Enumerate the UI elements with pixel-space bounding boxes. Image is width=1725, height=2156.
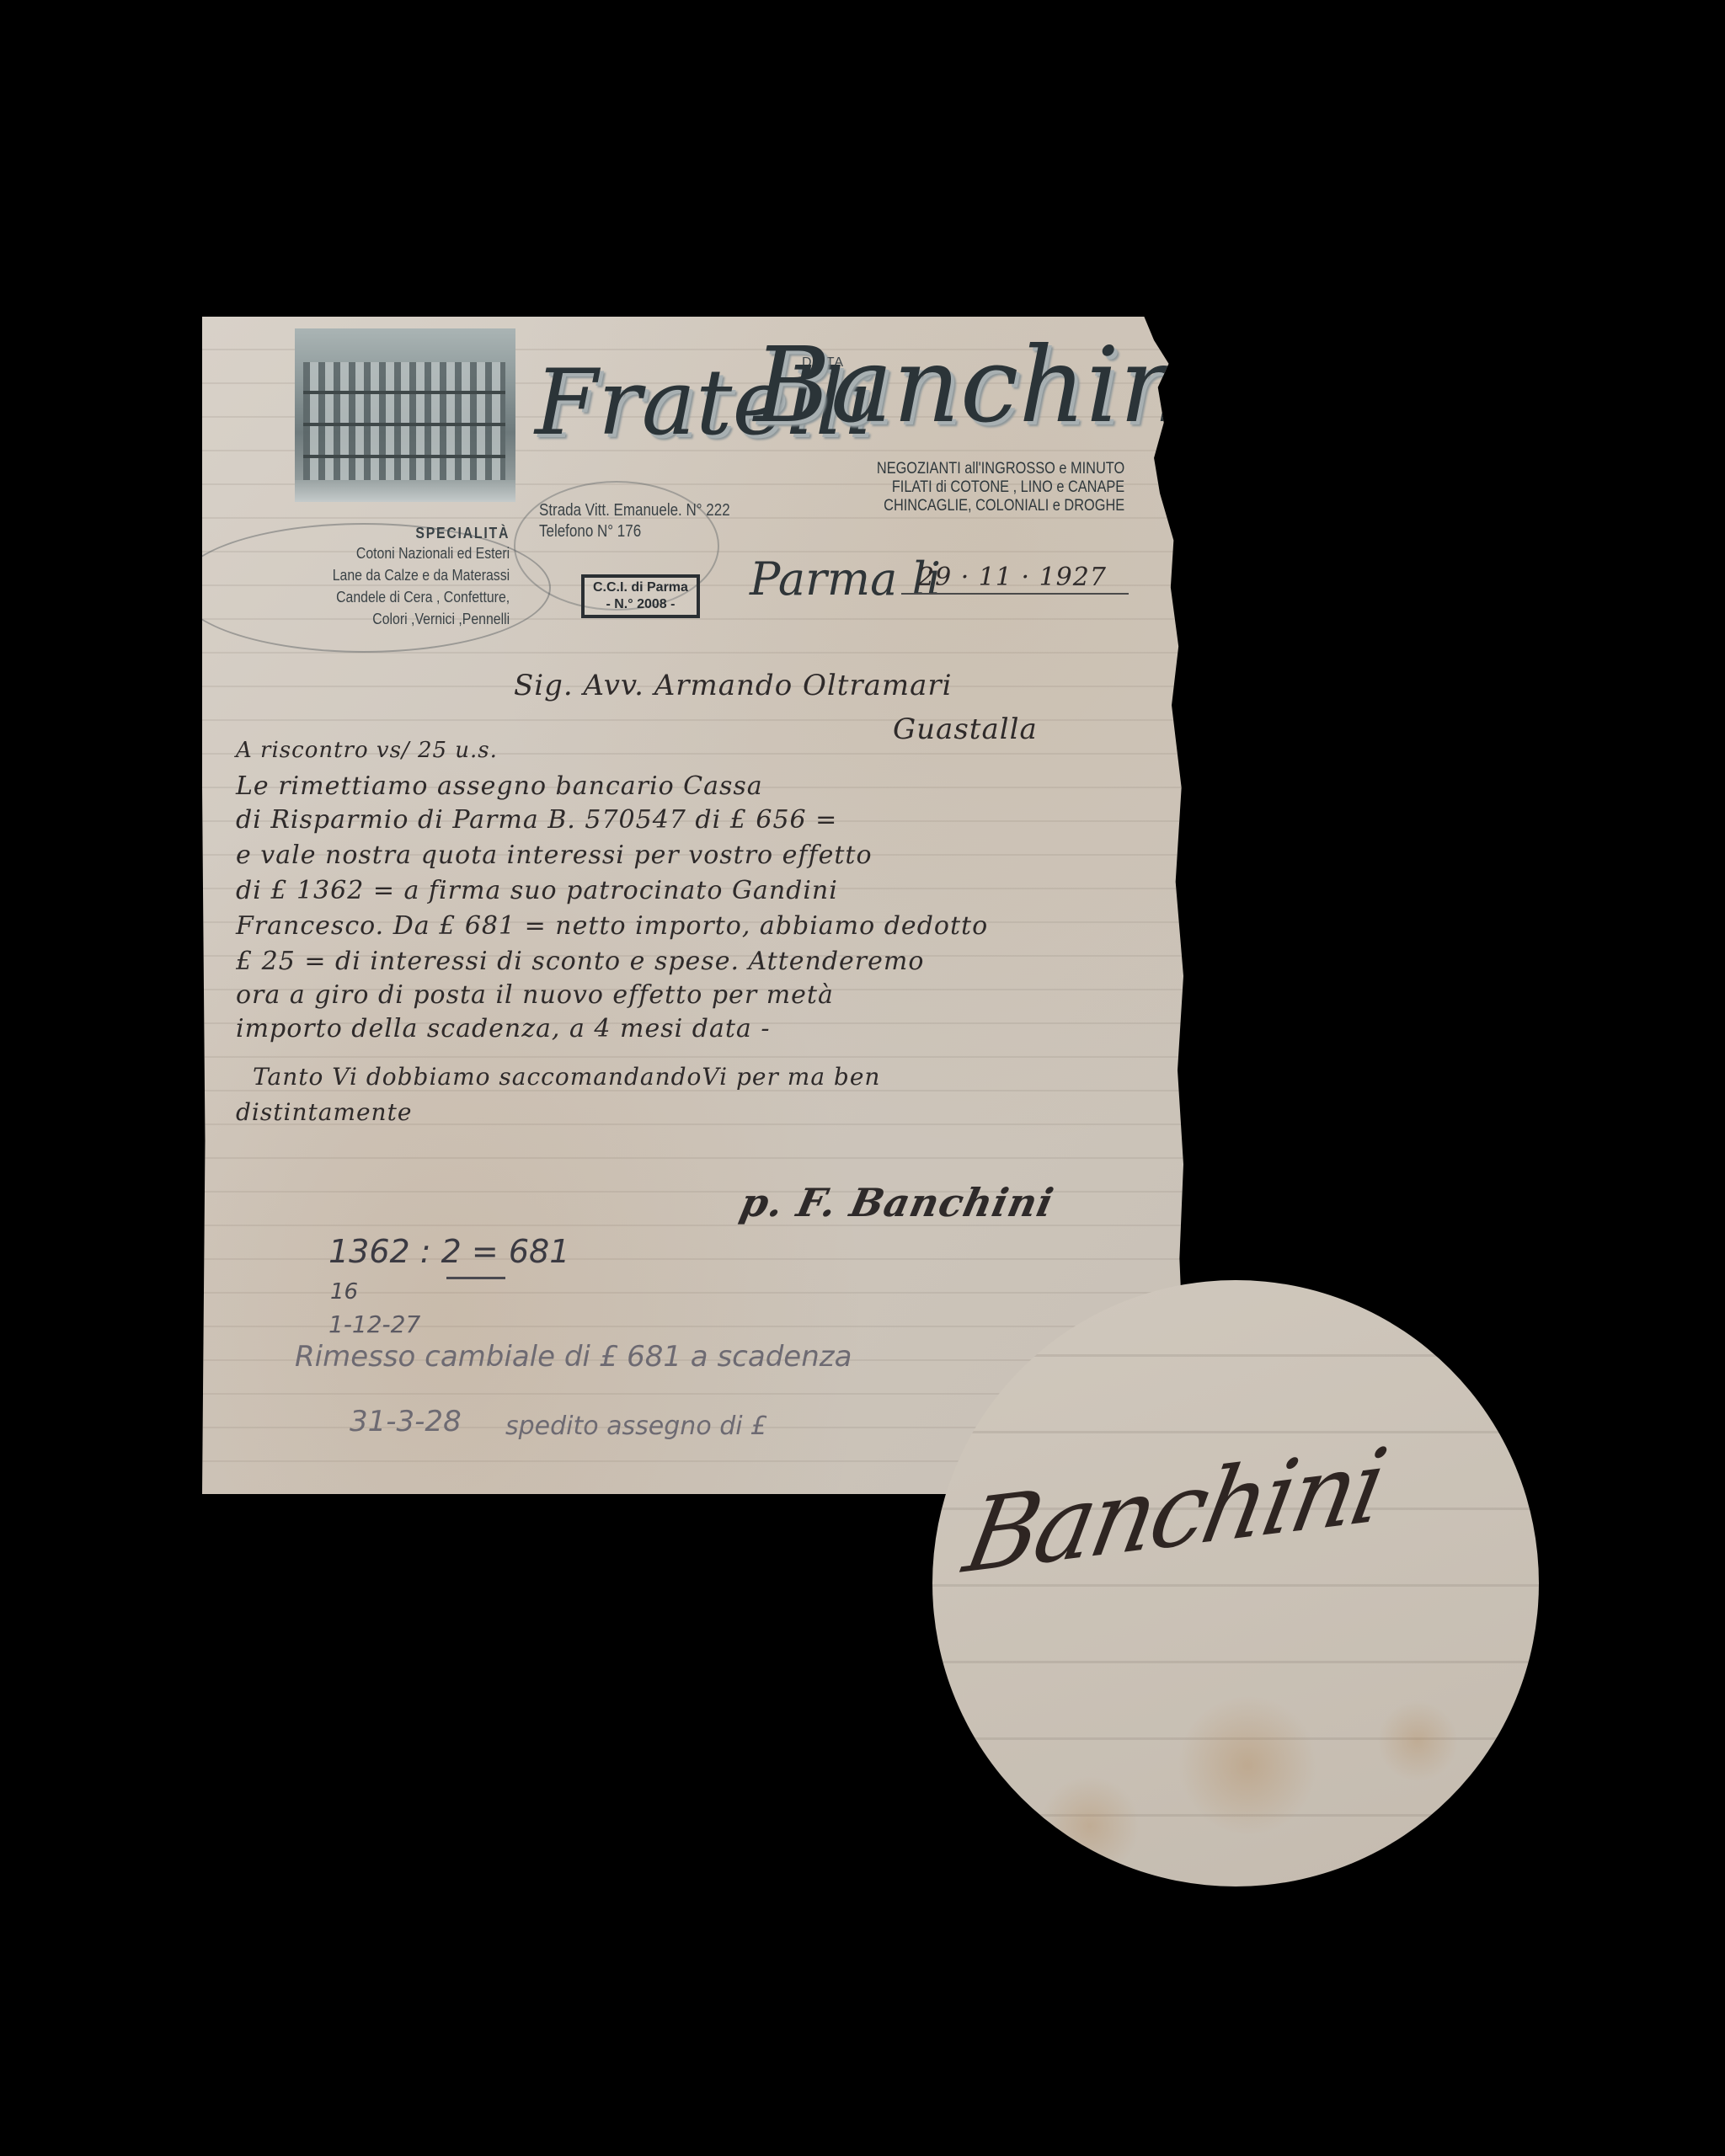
tagline-line: FILATI di COTONE , LINO e CANAPE: [877, 478, 1124, 497]
specialita-block: SPECIALITÀ Cotoni Nazionali ed Esteri La…: [333, 524, 510, 630]
firm-name-last: Banchini: [754, 325, 1220, 446]
company-address: Strada Vitt. Emanuele. N° 222 Telefono N…: [539, 500, 730, 542]
place-label: Parma li: [750, 552, 941, 606]
pencil-note-1: Rimesso cambiale di £ 681 a scadenza: [295, 1340, 852, 1374]
pencil-calculation: 1362 : 2 = 681: [328, 1233, 569, 1270]
specialita-item: Candele di Cera , Confetture,: [333, 586, 510, 608]
letter-sheet: DITTA Fratelli Banchini NEGOZIANTI all'I…: [202, 317, 1183, 1494]
tagline-line: CHINCAGLIE, COLONIALI e DROGHE: [877, 497, 1124, 515]
letter-body-line: Le rimettiamo assegno bancario Cassa: [236, 771, 763, 801]
addressee-name: Sig. Avv. Armando Oltramari: [514, 669, 953, 702]
letter-body-line: ora a giro di posta il nuovo effetto per…: [236, 980, 834, 1010]
stamp-line: - N.° 2008 -: [593, 596, 688, 613]
letter-body-line: e vale nostra quota interessi per vostro…: [236, 841, 873, 870]
specialita-item: Colori ,Vernici ,Pennelli: [333, 608, 510, 630]
calculation-underline: [446, 1277, 505, 1279]
letter-body-line: distintamente: [236, 1098, 412, 1126]
street-address: Strada Vitt. Emanuele. N° 222: [539, 500, 730, 521]
letter-body-line: A riscontro vs/ 25 u.s.: [236, 738, 498, 763]
signature-magnifier: Banchini: [932, 1280, 1539, 1886]
building-floors-icon: [303, 362, 505, 488]
letter-signature: p. F. Banchini: [736, 1180, 1058, 1225]
chamber-of-commerce-stamp: C.C.I. di Parma - N.° 2008 -: [581, 574, 700, 618]
letter-body-line: £ 25 = di interessi di sconto e spese. A…: [236, 947, 924, 976]
specialita-heading: SPECIALITÀ: [333, 524, 510, 542]
building-engraving-image: [295, 328, 515, 502]
tagline-line: NEGOZIANTI all'INGROSSO e MINUTO: [877, 460, 1124, 478]
magnified-signature: Banchini: [956, 1426, 1393, 1597]
addressee-city: Guastalla: [893, 712, 1038, 746]
letter-body-line: di £ 1362 = a firma suo patrocinato Gand…: [236, 876, 838, 905]
pencil-date-1: 1-12-27: [328, 1310, 420, 1338]
stamp-line: C.C.I. di Parma: [593, 579, 688, 596]
date-line: Parma li 29 · 11 · 1927: [750, 552, 1162, 603]
pencil-note-2: spedito assegno di £: [505, 1412, 766, 1441]
street-icon: [295, 480, 515, 502]
telephone: Telefono N° 176: [539, 521, 730, 542]
pencil-sub-number: 16: [330, 1279, 358, 1305]
pencil-date-2: 31-3-28: [350, 1405, 462, 1438]
letter-body-line: di Risparmio di Parma B. 570547 di £ 656…: [236, 805, 837, 835]
specialita-item: Lane da Calze e da Materassi: [333, 564, 510, 586]
business-tagline: NEGOZIANTI all'INGROSSO e MINUTO FILATI …: [877, 460, 1124, 515]
letter-body-line: importo della scadenza, a 4 mesi data -: [236, 1014, 770, 1043]
letter-body-line: Tanto Vi dobbiamo saccomandandoVi per ma…: [253, 1063, 880, 1091]
letter-date: 29 · 11 · 1927: [918, 563, 1107, 592]
date-rule: [901, 593, 1129, 595]
letter-body-line: Francesco. Da £ 681 = netto importo, abb…: [236, 911, 988, 941]
specialita-item: Cotoni Nazionali ed Esteri: [333, 542, 510, 564]
